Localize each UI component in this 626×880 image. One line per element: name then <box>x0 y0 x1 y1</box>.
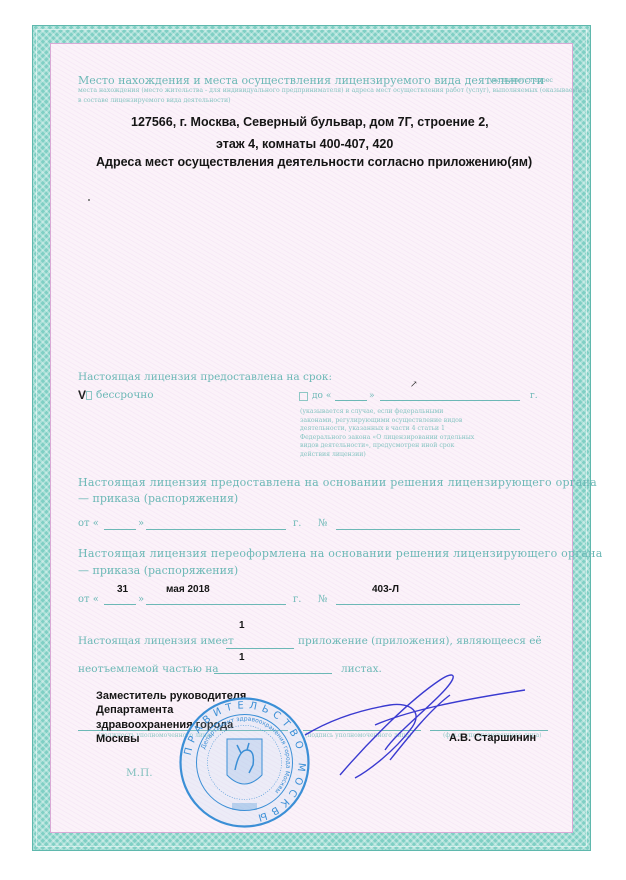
appendix-count: 1 <box>239 620 245 631</box>
until-date-field[interactable] <box>380 400 520 401</box>
indefinite-check-mark[interactable]: V <box>78 388 86 402</box>
position-line-4: Москвы <box>96 733 140 745</box>
location-heading-note-2: места нахождения (место жительства - для… <box>78 87 588 94</box>
reissued-year-suffix: г. <box>293 594 301 605</box>
reissued-day-field[interactable] <box>104 604 136 605</box>
handwritten-signature <box>300 640 540 780</box>
location-heading: Место нахождения и места осуществления л… <box>78 74 544 87</box>
granted-month-year-field[interactable] <box>146 529 286 530</box>
reissued-day: 31 <box>117 584 128 595</box>
granted-from: от « <box>78 518 99 529</box>
until-day-field[interactable] <box>335 400 367 401</box>
address-line-1: 127566, г. Москва, Северный бульвар, дом… <box>131 115 489 129</box>
location-heading-note: (указываются адрес <box>487 77 553 84</box>
until-prefix: до « <box>312 391 331 401</box>
appendix-line-2-prefix: неотъемлемой частью на <box>78 663 218 675</box>
until-mid: » <box>369 391 375 401</box>
until-checkbox[interactable] <box>299 392 308 401</box>
seal-label: М.П. <box>126 767 153 779</box>
reissued-from: от « <box>78 594 99 605</box>
granted-number-field[interactable] <box>336 529 520 530</box>
appendix-sheets: 1 <box>239 652 245 663</box>
granted-text-2: — приказа (распоряжения) <box>78 492 238 505</box>
appendix-line-1-prefix: Настоящая лицензия имеет <box>78 635 234 647</box>
location-heading-note-3: в составе лицензируемого вида деятельнос… <box>78 97 231 104</box>
appendix-count-field[interactable] <box>226 648 294 649</box>
until-note: (указывается в случае, если федеральными… <box>300 408 475 460</box>
reissued-month-year: мая 2018 <box>166 584 210 595</box>
indefinite-label: бессрочно <box>96 389 154 401</box>
granted-day-field[interactable] <box>104 529 136 530</box>
speck <box>88 199 90 201</box>
position-line-2: Департамента <box>96 704 173 716</box>
reissued-number-sign: № <box>318 594 327 605</box>
granted-text-1: Настоящая лицензия предоставлена на осно… <box>78 476 597 489</box>
official-stamp: ПРАВИТЕЛЬСТВО МОСКВЫ Департамент здравоо… <box>177 695 312 830</box>
reissued-number: 403-Л <box>372 584 399 595</box>
reissued-text-2: — приказа (распоряжения) <box>78 564 238 577</box>
indefinite-checkbox[interactable] <box>86 391 92 400</box>
term-label: Настоящая лицензия предоставлена на срок… <box>78 371 332 383</box>
address-line-2: этаж 4, комнаты 400-407, 420 <box>216 137 393 151</box>
until-suffix: г. <box>530 391 538 401</box>
reissued-number-field[interactable] <box>336 604 520 605</box>
granted-year-suffix: г. <box>293 518 301 529</box>
pen-mark: ↗ <box>410 380 418 390</box>
activity-places: Адреса мест осуществления деятельности с… <box>96 155 532 169</box>
reissued-mid: » <box>138 594 144 605</box>
granted-number-sign: № <box>318 518 327 529</box>
granted-mid: » <box>138 518 144 529</box>
reissued-text-1: Настоящая лицензия переоформлена на осно… <box>78 547 603 560</box>
reissued-month-year-field[interactable] <box>146 604 286 605</box>
